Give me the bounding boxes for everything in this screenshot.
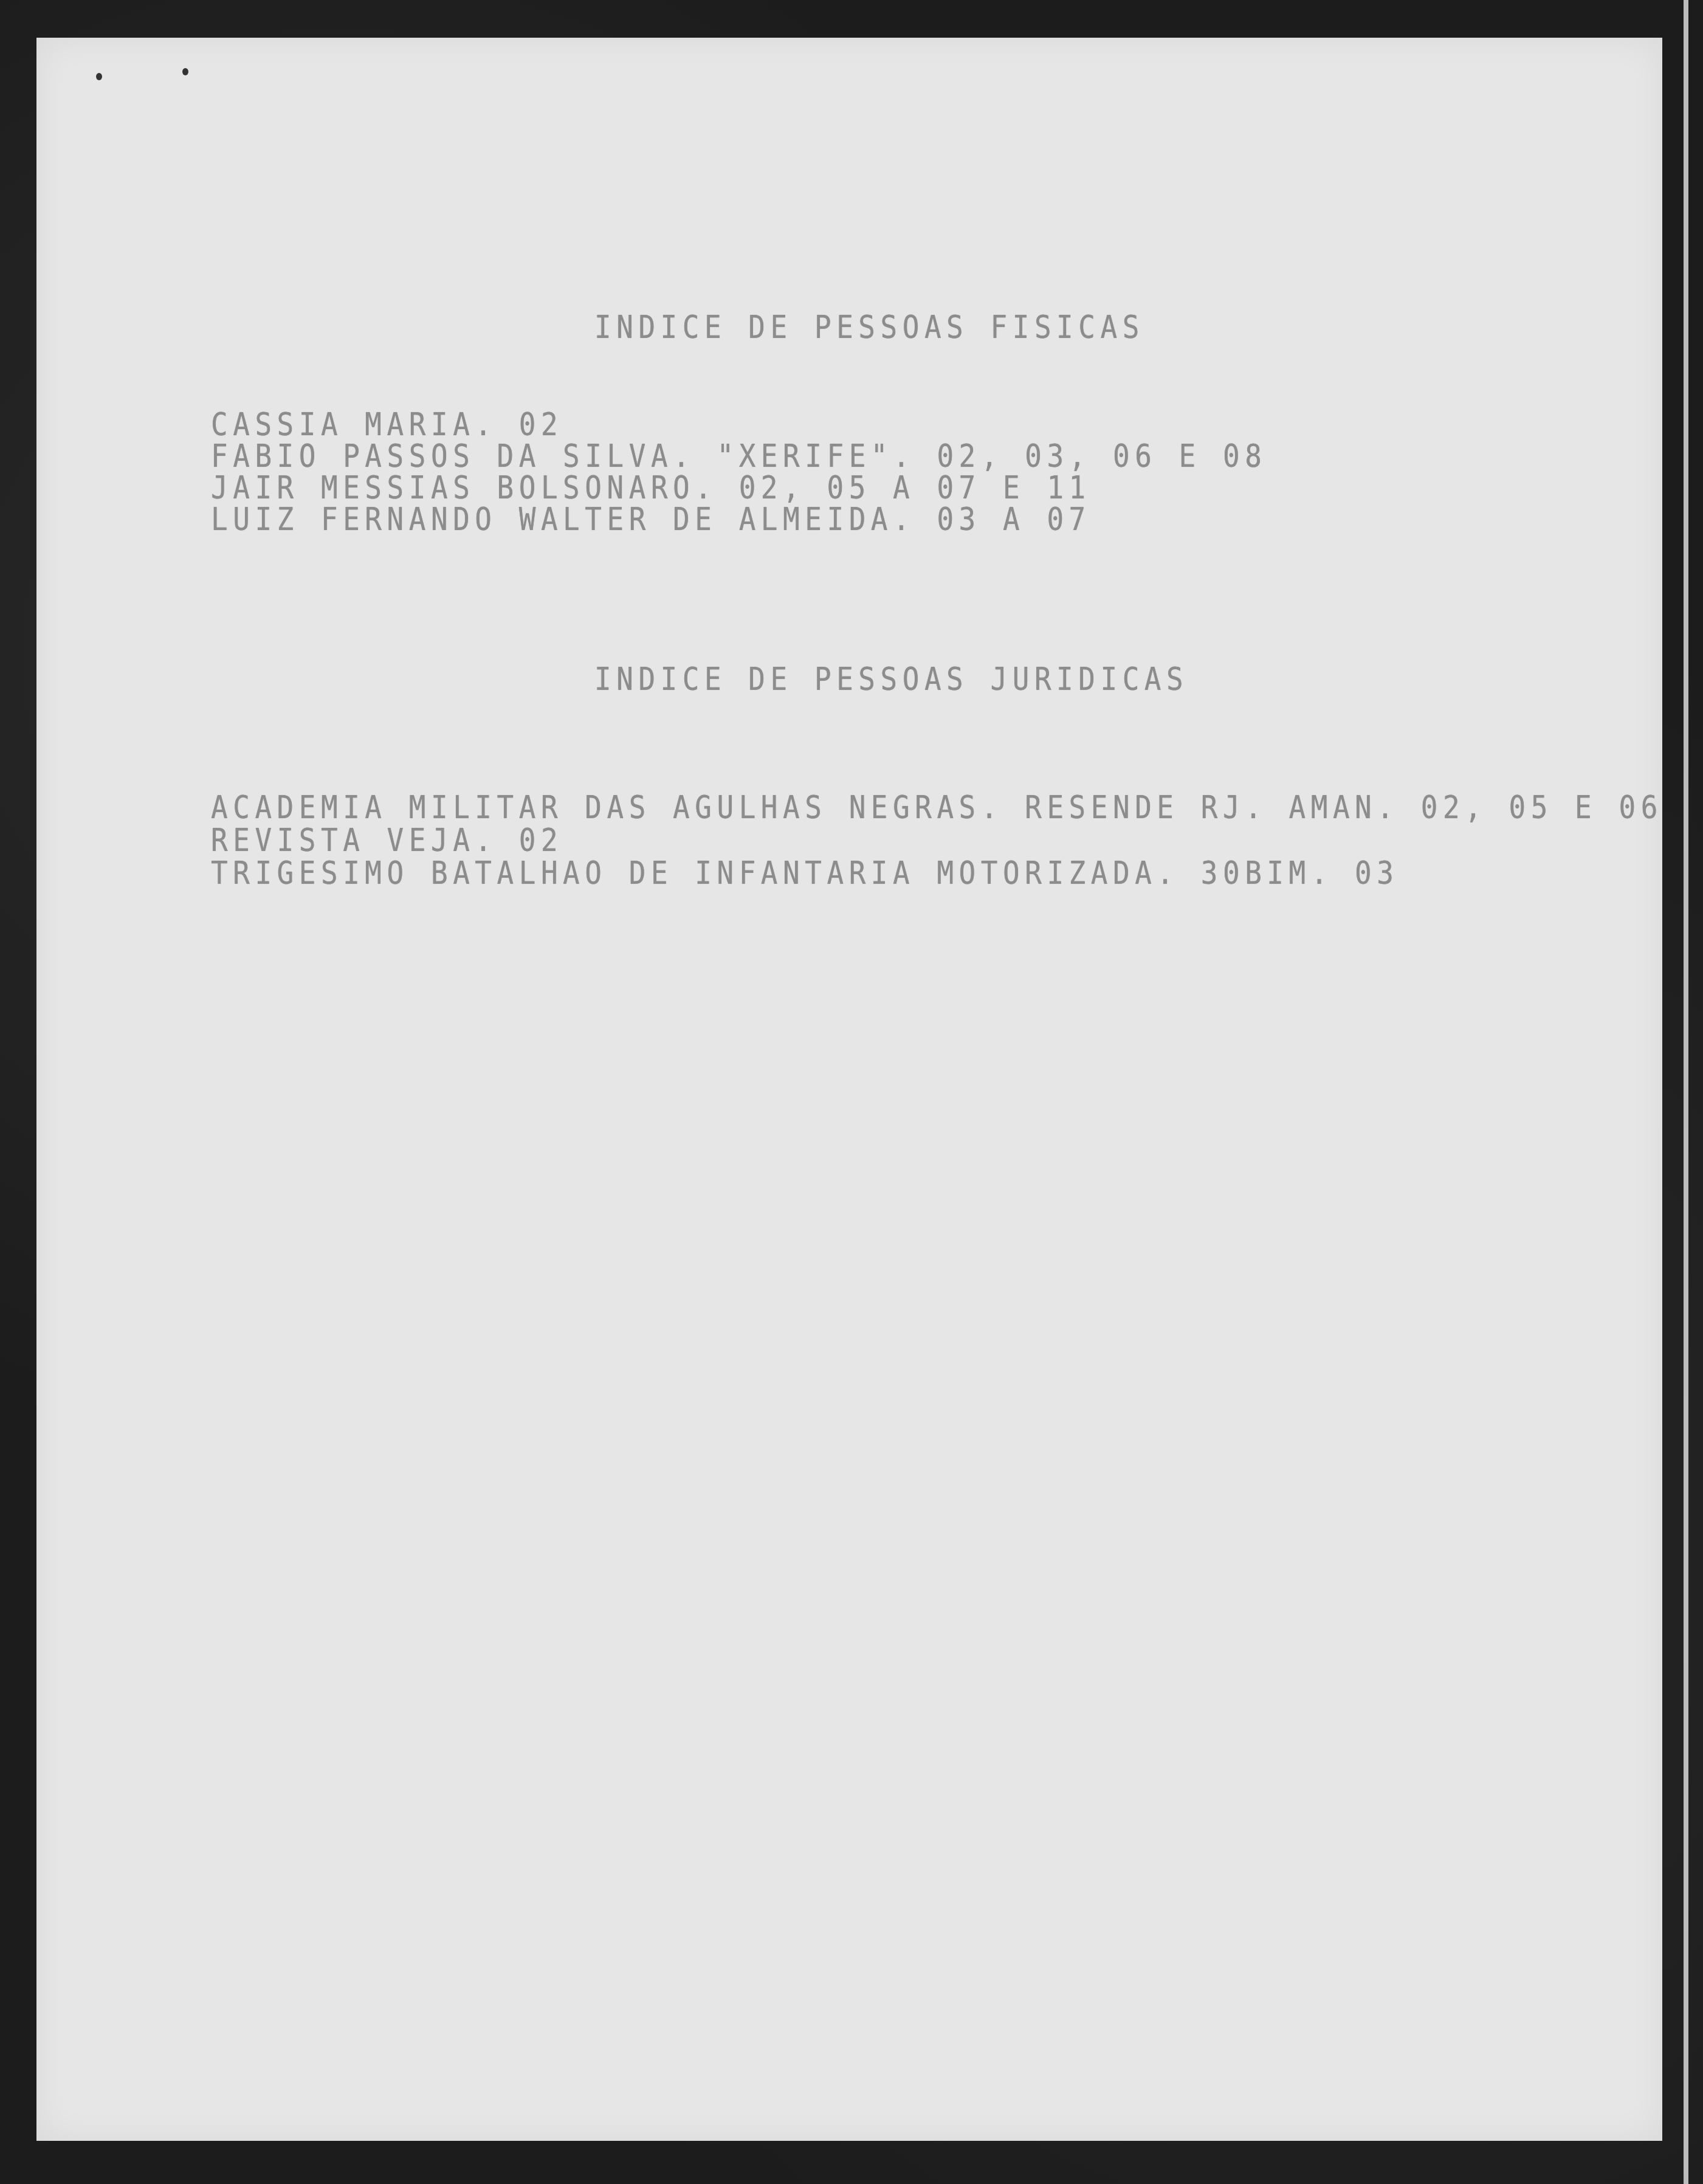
section-heading-pessoas-juridicas: INDICE DE PESSOAS JURIDICAS [594,661,1188,697]
index-entry: LUIZ FERNANDO WALTER DE ALMEIDA. 03 A 07 [211,501,1091,537]
film-edge [1684,0,1688,2184]
index-entry: TRIGESIMO BATALHAO DE INFANTARIA MOTORIZ… [211,855,1399,891]
punch-mark [182,68,188,75]
document-page [36,38,1662,2141]
index-entry: ACADEMIA MILITAR DAS AGULHAS NEGRAS. RES… [211,789,1663,825]
index-entry: REVISTA VEJA. 02 [211,822,563,858]
section-heading-pessoas-fisicas: INDICE DE PESSOAS FISICAS [594,309,1144,345]
punch-mark [96,73,102,80]
